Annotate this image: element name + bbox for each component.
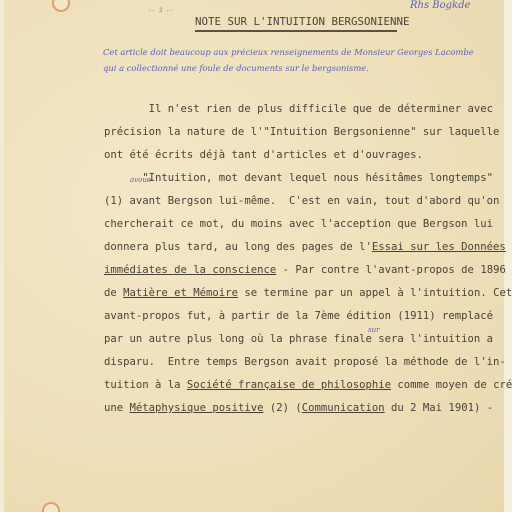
body-line-2: précision la nature de l'"Intuition Berg… (104, 126, 499, 138)
body-line-5: (1) avant Bergson lui-même. C'est en vai… (104, 195, 499, 207)
line-14-text: une (104, 402, 130, 414)
body-line-4: "Intuition, mot devant lequel nous hésit… (104, 172, 493, 184)
page-marker: -- 2 -- (148, 7, 173, 14)
line-8-text: - Par contre l'avant-propos de 1896 (276, 264, 506, 276)
body-line-14: une Métaphysique positive (2) (Communica… (104, 402, 493, 414)
underlined-societe: Société française de philosophie (187, 379, 391, 391)
line-14-rest: du 2 Mai 1901) - (385, 402, 493, 414)
typed-page (4, 0, 504, 512)
body-line-13: tuition à la Société française de philos… (104, 379, 512, 391)
correction-avoue: avoue (130, 176, 151, 184)
handwritten-note-line-2: qui a collectionné une foule de document… (103, 63, 369, 73)
title-underline (195, 30, 397, 32)
line-9-text: de (104, 287, 123, 299)
underlined-immediates: immédiates de la conscience (104, 264, 276, 276)
line-13-rest: comme moyen de créer (391, 379, 512, 391)
underlined-metaphysique: Métaphysique positive (130, 402, 264, 414)
body-line-6: chercherait ce mot, du moins avec l'acce… (104, 218, 493, 230)
document-title: NOTE SUR L'INTUITION BERGSONIENNE (195, 15, 410, 28)
top-right-annotation: Rhs Bogkde (410, 0, 470, 11)
underlined-matiere: Matière et Mémoire (123, 287, 238, 299)
line-7-text: donnera plus tard, au long des pages de … (104, 241, 372, 253)
body-line-7: donnera plus tard, au long des pages de … (104, 241, 506, 253)
line-9-rest: se termine par un appel à l'intuition. C… (238, 287, 512, 299)
line-14-mid: (2) ( (263, 402, 301, 414)
underlined-communication: Communication (302, 402, 385, 414)
body-line-9: de Matière et Mémoire se termine par un … (104, 287, 512, 299)
body-line-11: par un autre plus long où la phrase fina… (104, 333, 493, 345)
line-13-text: tuition à la (104, 379, 187, 391)
body-line-8: immédiates de la conscience - Par contre… (104, 264, 506, 276)
body-line-1: Il n'est rien de plus difficile que de d… (104, 103, 493, 115)
underlined-essai: Essai sur les Données (372, 241, 506, 253)
body-line-12: disparu. Entre temps Bergson avait propo… (104, 356, 506, 368)
body-line-3: ont été écrits déjà tant d'articles et d… (104, 149, 423, 161)
handwritten-note-line-1: Cet article doit beaucoup aux précieux r… (103, 47, 474, 57)
body-line-10: avant-propos fut, à partir de la 7ème éd… (104, 310, 493, 322)
scan-right-edge (504, 0, 512, 512)
